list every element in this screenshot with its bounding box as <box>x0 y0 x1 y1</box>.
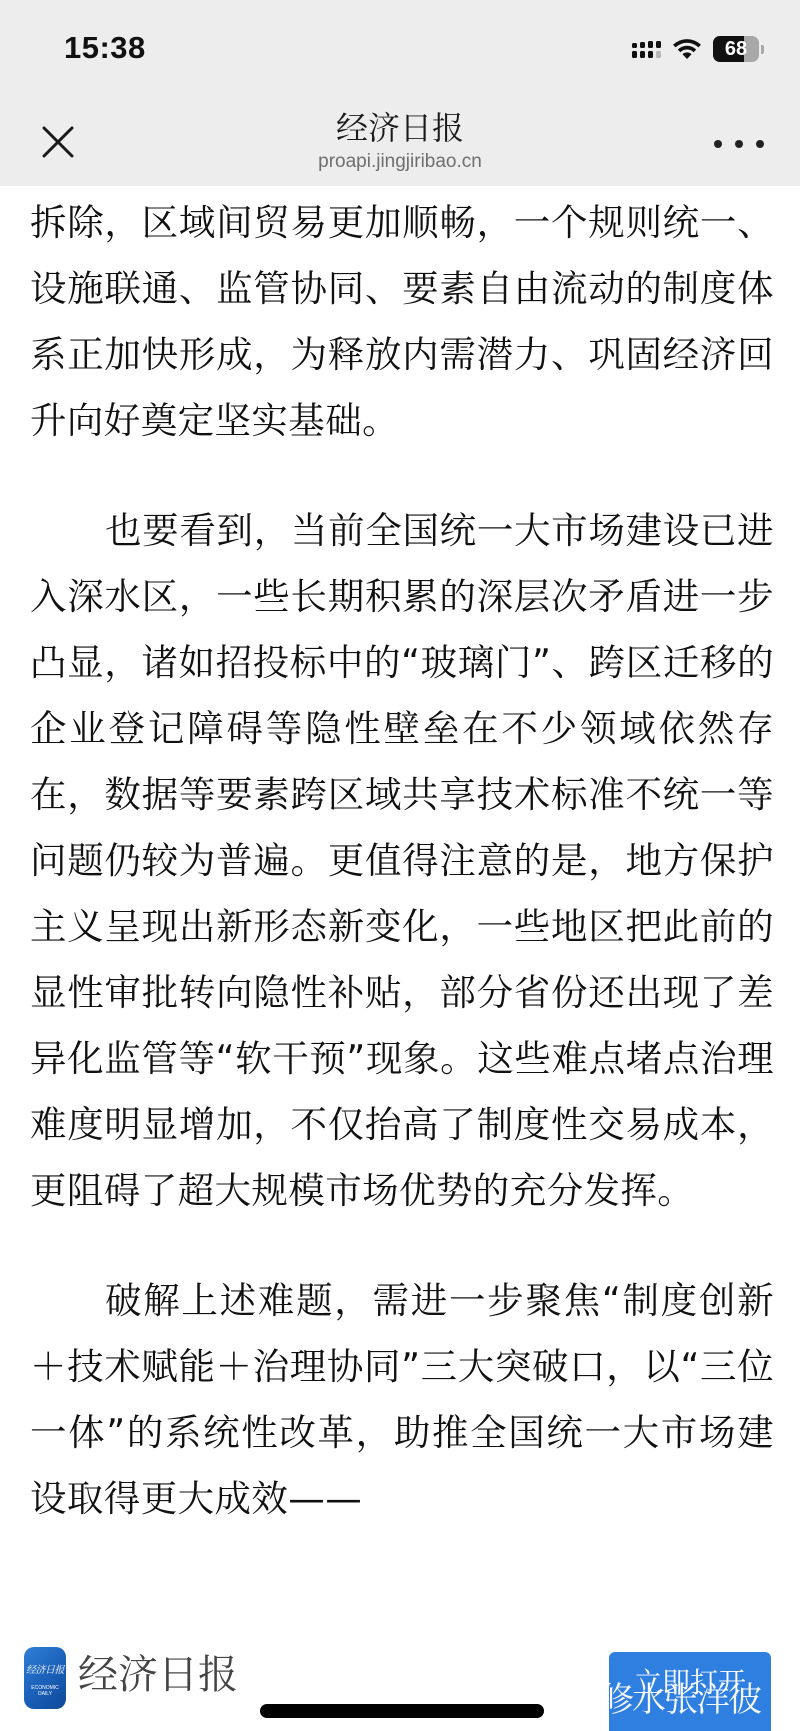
dual-sim-signal-icon <box>632 41 661 58</box>
nav-title-group: 经济日报 proapi.jingjiribao.cn <box>0 108 800 174</box>
battery-percent: 68 <box>725 38 747 61</box>
top-chrome: 15:38 68 <box>0 0 800 186</box>
logo-text-cn: 经济日报 <box>24 1661 66 1676</box>
article-body: 拆除，区域间贸易更加顺畅，一个规则统一、设施联通、监管协同、要素自由流动的制度体… <box>30 190 774 1532</box>
watermark: 修水张洋彼 <box>600 1680 800 1720</box>
status-bar: 15:38 68 <box>0 0 800 100</box>
app-logo-icon[interactable]: 经济日报 ECONOMIC DAILY <box>24 1647 66 1709</box>
article-paragraph: 拆除，区域间贸易更加顺畅，一个规则统一、设施联通、监管协同、要素自由流动的制度体… <box>30 190 774 454</box>
battery-cap <box>761 45 764 54</box>
article-paragraph: 也要看到，当前全国统一大市场建设已进入深水区，一些长期积累的深层次矛盾进一步凸显… <box>30 498 774 1224</box>
page-title: 经济日报 <box>0 108 800 148</box>
status-icons: 68 <box>632 36 764 62</box>
status-time: 15:38 <box>64 30 146 66</box>
wifi-icon <box>671 37 703 61</box>
page-url: proapi.jingjiribao.cn <box>0 150 800 174</box>
more-icon <box>714 140 764 148</box>
battery-icon: 68 <box>713 36 759 62</box>
more-button[interactable] <box>714 126 764 162</box>
app-name: 经济日报 <box>78 1650 238 1700</box>
logo-text-en: ECONOMIC DAILY <box>24 1685 66 1697</box>
home-indicator[interactable] <box>260 1704 544 1718</box>
nav-header: 经济日报 proapi.jingjiribao.cn <box>0 100 800 186</box>
article-paragraph: 破解上述难题，需进一步聚焦“制度创新＋技术赋能＋治理协同”三大突破口，以“三位一… <box>30 1268 774 1532</box>
